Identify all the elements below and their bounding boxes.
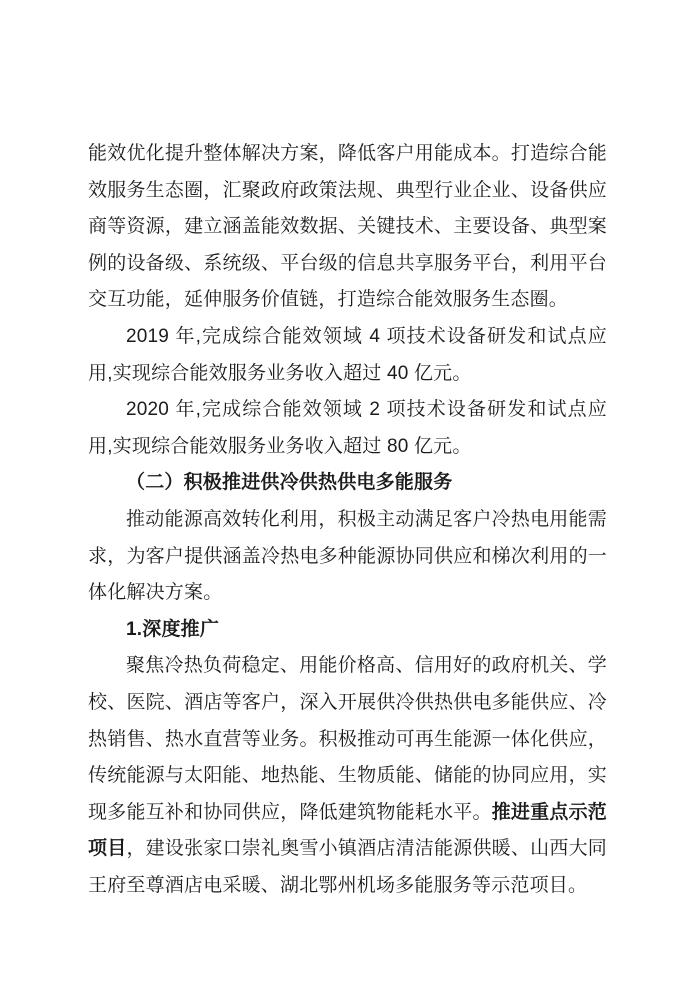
text-run: 推动能源高效转化利用，积极主动满足客户冷热电用能需求，为客户提供涵盖冷热电多种能…: [88, 509, 607, 603]
section-heading: （二）积极推进供冷供热供电多能服务: [88, 465, 607, 502]
paragraph: 2019 年,完成综合能效领域 4 项技术设备研发和试点应用,实现综合能效服务业…: [88, 319, 607, 392]
bold-text-run: 1.深度推广: [126, 619, 219, 640]
text-run: ，建设张家口崇礼奥雪小镇酒店清洁能源供暖、山西大同王府至尊酒店电采暖、湖北鄂州机…: [88, 838, 607, 896]
document-text-block: 能效优化提升整体解决方案，降低客户用能成本。打造综合能效服务生态圈，汇聚政府政策…: [88, 136, 607, 904]
paragraph: 能效优化提升整体解决方案，降低客户用能成本。打造综合能效服务生态圈，汇聚政府政策…: [88, 136, 607, 319]
document-page: 能效优化提升整体解决方案，降低客户用能成本。打造综合能效服务生态圈，汇聚政府政策…: [0, 0, 694, 982]
text-run: 能效优化提升整体解决方案，降低客户用能成本。打造综合能效服务生态圈，汇聚政府政策…: [88, 143, 607, 310]
text-run: 2019 年,完成综合能效领域 4 项技术设备研发和试点应用,实现综合能效服务业…: [88, 326, 607, 384]
bold-text-run: （二）积极推进供冷供热供电多能服务: [126, 472, 452, 493]
paragraph: 推动能源高效转化利用，积极主动满足客户冷热电用能需求，为客户提供涵盖冷热电多种能…: [88, 502, 607, 612]
paragraph: 2020 年,完成综合能效领域 2 项技术设备研发和试点应用,实现综合能效服务业…: [88, 392, 607, 465]
section-heading: 1.深度推广: [88, 612, 607, 649]
paragraph: 聚焦冷热负荷稳定、用能价格高、信用好的政府机关、学校、医院、酒店等客户，深入开展…: [88, 648, 607, 904]
text-run: 2020 年,完成综合能效领域 2 项技术设备研发和试点应用,实现综合能效服务业…: [88, 399, 607, 457]
text-run: 聚焦冷热负荷稳定、用能价格高、信用好的政府机关、学校、医院、酒店等客户，深入开展…: [88, 655, 607, 822]
